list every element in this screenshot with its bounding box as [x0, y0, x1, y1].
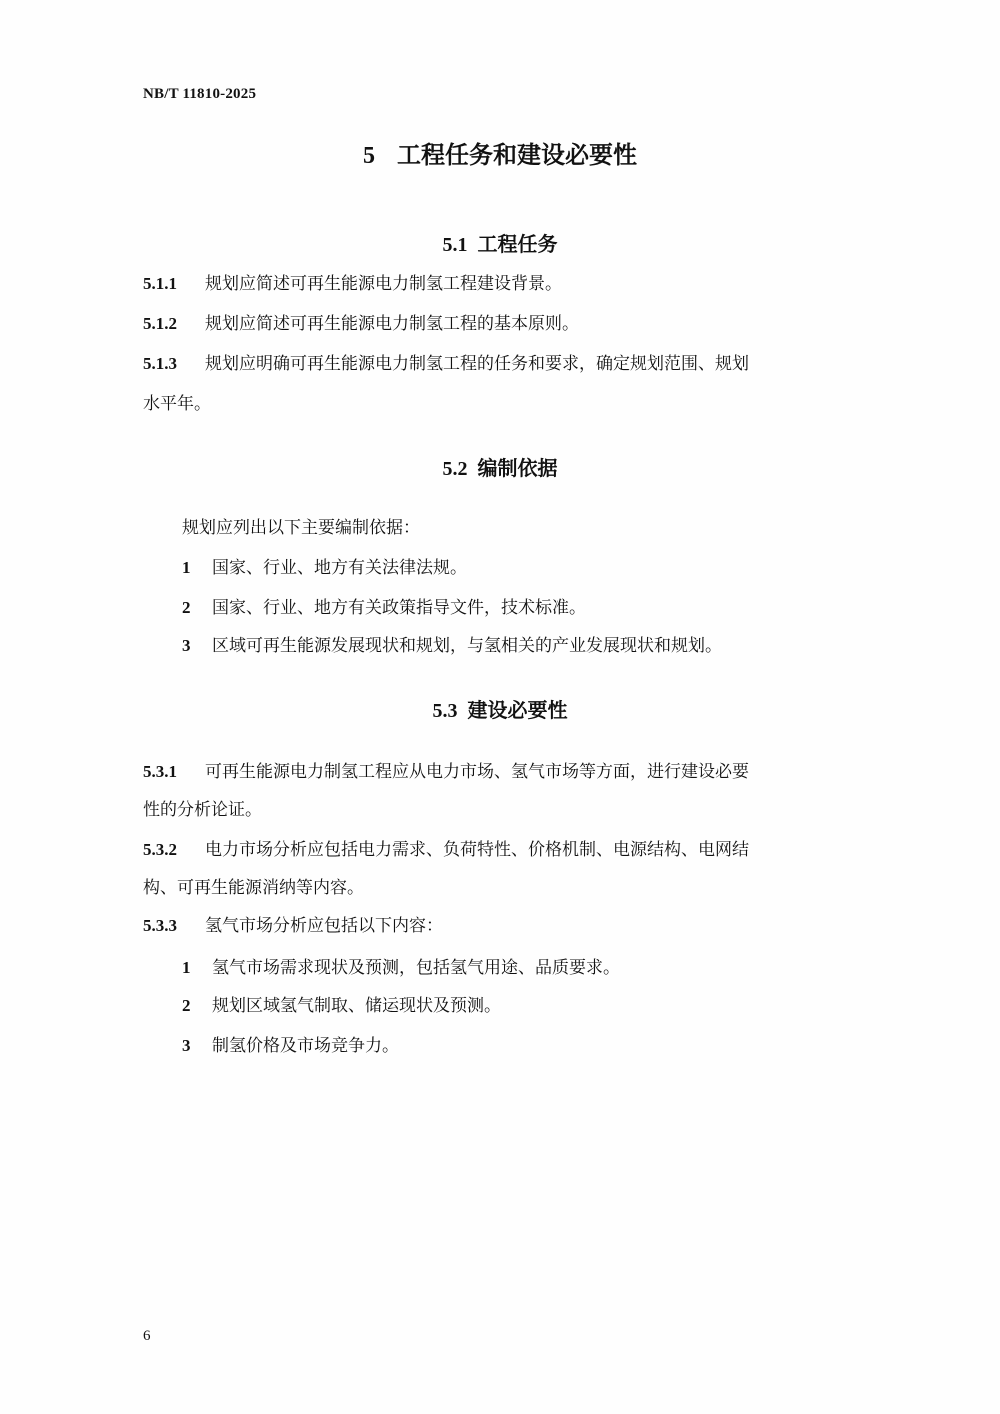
list-item: 3制氢价格及市场竞争力。 — [182, 1034, 399, 1058]
standard-number: NB/T 11810-2025 — [143, 86, 256, 103]
clause-5-3-1-continuation: 性的分析论证。 — [143, 798, 262, 822]
clause-5-3-3: 5.3.3氢气市场分析应包括以下内容： — [143, 914, 443, 938]
list-item: 3区域可再生能源发展现状和规划，与氢相关的产业发展现状和规划。 — [182, 634, 722, 658]
chapter-title: 工程任务和建设必要性 — [397, 141, 637, 169]
clause-5-3-2-continuation: 构、可再生能源消纳等内容。 — [143, 876, 364, 900]
section-heading-5-2: 5.2编制依据 — [0, 452, 1000, 481]
list-item: 2国家、行业、地方有关政策指导文件，技术标准。 — [182, 596, 586, 620]
list-item: 1国家、行业、地方有关法律法规。 — [182, 556, 467, 580]
clause-5-1-1: 5.1.1规划应简述可再生能源电力制氢工程建设背景。 — [143, 272, 562, 296]
clause-5-3-2: 5.3.2电力市场分析应包括电力需求、负荷特性、价格机制、电源结构、电网结 — [143, 838, 749, 862]
clause-5-1-2: 5.1.2规划应简述可再生能源电力制氢工程的基本原则。 — [143, 312, 579, 336]
chapter-heading: 5工程任务和建设必要性 — [0, 135, 1000, 170]
section-5-2-intro: 规划应列出以下主要编制依据： — [182, 516, 420, 540]
clause-5-3-1: 5.3.1可再生能源电力制氢工程应从电力市场、氢气市场等方面，进行建设必要 — [143, 760, 749, 784]
list-item: 2规划区域氢气制取、储运现状及预测。 — [182, 994, 501, 1018]
clause-5-1-3-continuation: 水平年。 — [143, 392, 211, 416]
section-heading-5-3: 5.3建设必要性 — [0, 694, 1000, 723]
list-item: 1氢气市场需求现状及预测，包括氢气用途、品质要求。 — [182, 956, 620, 980]
document-page: NB/T 11810-2025 5工程任务和建设必要性 5.1工程任务 5.1.… — [0, 0, 1000, 1414]
page-number: 6 — [143, 1328, 151, 1345]
chapter-number: 5 — [363, 143, 375, 169]
section-heading-5-1: 5.1工程任务 — [0, 228, 1000, 257]
clause-5-1-3: 5.1.3规划应明确可再生能源电力制氢工程的任务和要求，确定规划范围、规划 — [143, 352, 749, 376]
